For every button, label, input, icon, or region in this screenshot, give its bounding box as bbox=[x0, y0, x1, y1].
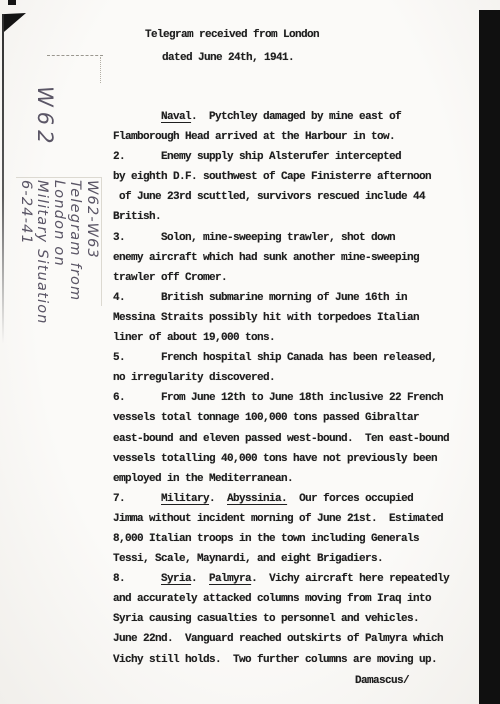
document-line: 8,000 Italian troops in the town includi… bbox=[113, 529, 449, 549]
document-line: Jimma without incident morning of June 2… bbox=[113, 509, 449, 529]
text-segment: Syria causing casualties to personnel an… bbox=[113, 613, 419, 625]
document-line: enemy aircraft which had sunk another mi… bbox=[113, 248, 449, 268]
text-segment: employed in the Mediterranean. bbox=[113, 473, 293, 485]
pencil-dash-mark bbox=[47, 55, 103, 56]
text-segment: trawler off Cromer. bbox=[113, 272, 227, 284]
document-line: employed in the Mediterranean. bbox=[113, 469, 449, 489]
text-segment: 3. Solon, mine-sweeping trawler, shot do… bbox=[113, 232, 395, 244]
underlined-text: Military bbox=[161, 493, 209, 505]
telegram-document-page: Telegram received from London dated June… bbox=[0, 0, 500, 704]
handwritten-note-line: Military Situation bbox=[34, 180, 51, 325]
document-line: 8. Syria. Palmyra. Vichy aircraft here r… bbox=[113, 569, 449, 589]
document-body: Naval. Pytchley damaged by mine east ofF… bbox=[113, 107, 449, 670]
text-segment: 5. French hospital ship Canada has been … bbox=[113, 352, 437, 364]
text-segment: Vichy still holds. Two further columns a… bbox=[113, 654, 437, 666]
document-line: of June 23rd scuttled, survivors rescued… bbox=[113, 187, 449, 207]
document-line: 2. Enemy supply ship Alsterufer intercep… bbox=[113, 147, 449, 167]
scanner-black-bar bbox=[479, 10, 500, 704]
handwritten-note: W62-W63Telegram fromLondon onMilitary Si… bbox=[18, 180, 101, 325]
pencil-corner-mark bbox=[100, 57, 101, 83]
document-line: vessels total tonnage 100,000 tons passe… bbox=[113, 408, 449, 428]
document-line: and accurately attacked columns moving f… bbox=[113, 589, 449, 609]
document-line: 5. French hospital ship Canada has been … bbox=[113, 348, 449, 368]
document-line: Vichy still holds. Two further columns a… bbox=[113, 650, 449, 670]
document-line: 7. Military. Abyssinia. Our forces occup… bbox=[113, 489, 449, 509]
document-line: trawler off Cromer. bbox=[113, 268, 449, 288]
document-line: British. bbox=[113, 207, 449, 227]
document-line: east-bound and eleven passed west-bound.… bbox=[113, 429, 449, 449]
document-line: 6. From June 12th to June 18th inclusive… bbox=[113, 388, 449, 408]
text-segment: . Pytchley damaged by mine east of bbox=[191, 111, 401, 123]
continuation-word: Damascus/ bbox=[355, 675, 409, 687]
scan-corner-mark bbox=[8, 0, 16, 5]
text-segment: June 22nd. Vanguard reached outskirts of… bbox=[113, 633, 443, 645]
underlined-text: Palmyra bbox=[209, 573, 251, 585]
document-line: Syria causing casualties to personnel an… bbox=[113, 609, 449, 629]
text-segment: by eighth D.F. southwest of Cape Finiste… bbox=[113, 171, 431, 183]
document-line: Flamborough Head arrived at the Harbour … bbox=[113, 127, 449, 147]
text-segment: Tessi, Scale, Maynardi, and eight Brigad… bbox=[113, 553, 383, 565]
text-segment: Jimma without incident morning of June 2… bbox=[113, 513, 443, 525]
text-segment bbox=[113, 111, 161, 123]
text-segment: 7. bbox=[113, 493, 161, 505]
text-segment: . bbox=[191, 573, 209, 585]
document-line: Messina Straits possibly hit with torped… bbox=[113, 308, 449, 328]
text-segment: Our forces occupied bbox=[287, 493, 413, 505]
text-segment: 4. British submarine morning of June 16t… bbox=[113, 292, 407, 304]
document-line: vessels totalling 40,000 tons have not p… bbox=[113, 449, 449, 469]
document-line: no irregularity discovered. bbox=[113, 368, 449, 388]
handwritten-note-line: London on bbox=[51, 180, 68, 325]
underlined-text: Abyssinia. bbox=[227, 493, 287, 505]
text-segment: enemy aircraft which had sunk another mi… bbox=[113, 252, 419, 264]
text-segment: and accurately attacked columns moving f… bbox=[113, 593, 431, 605]
document-line: Tessi, Scale, Maynardi, and eight Brigad… bbox=[113, 549, 449, 569]
text-segment: Messina Straits possibly hit with torped… bbox=[113, 312, 419, 324]
document-line: liner of about 19,000 tons. bbox=[113, 328, 449, 348]
text-segment: 8. bbox=[113, 573, 161, 585]
page-edge-line bbox=[2, 14, 4, 344]
text-segment: 8,000 Italian troops in the town includi… bbox=[113, 533, 419, 545]
text-segment: 6. From June 12th to June 18th inclusive… bbox=[113, 392, 443, 404]
underlined-text: Naval bbox=[161, 111, 191, 123]
text-segment: Flamborough Head arrived at the Harbour … bbox=[113, 131, 395, 143]
text-segment: of June 23rd scuttled, survivors rescued… bbox=[113, 191, 425, 203]
text-segment: . bbox=[209, 493, 227, 505]
text-segment: no irregularity discovered. bbox=[113, 372, 275, 384]
text-segment: British. bbox=[113, 211, 161, 223]
text-segment: . Vichy aircraft here repeatedly bbox=[251, 573, 449, 585]
handwritten-note-line: 6-24-41 bbox=[18, 180, 35, 325]
underlined-text: Syria bbox=[161, 573, 191, 585]
document-line: 4. British submarine morning of June 16t… bbox=[113, 288, 449, 308]
handwritten-side-label: W62 bbox=[33, 86, 57, 149]
handwritten-note-line: W62-W63 bbox=[84, 180, 101, 325]
document-title-line2: dated June 24th, 1941. bbox=[162, 52, 294, 64]
text-segment: east-bound and eleven passed west-bound.… bbox=[113, 433, 449, 445]
document-line: 3. Solon, mine-sweeping trawler, shot do… bbox=[113, 228, 449, 248]
handwritten-note-line: Telegram from bbox=[67, 180, 84, 325]
text-segment: 2. Enemy supply ship Alsterufer intercep… bbox=[113, 151, 401, 163]
corner-triangle-mark bbox=[3, 13, 26, 32]
text-segment: vessels total tonnage 100,000 tons passe… bbox=[113, 412, 419, 424]
text-segment: vessels totalling 40,000 tons have not p… bbox=[113, 453, 437, 465]
document-title-line1: Telegram received from London bbox=[145, 29, 319, 41]
document-line: by eighth D.F. southwest of Cape Finiste… bbox=[113, 167, 449, 187]
document-line: June 22nd. Vanguard reached outskirts of… bbox=[113, 629, 449, 649]
document-line: Naval. Pytchley damaged by mine east of bbox=[113, 107, 449, 127]
text-segment: liner of about 19,000 tons. bbox=[113, 332, 275, 344]
